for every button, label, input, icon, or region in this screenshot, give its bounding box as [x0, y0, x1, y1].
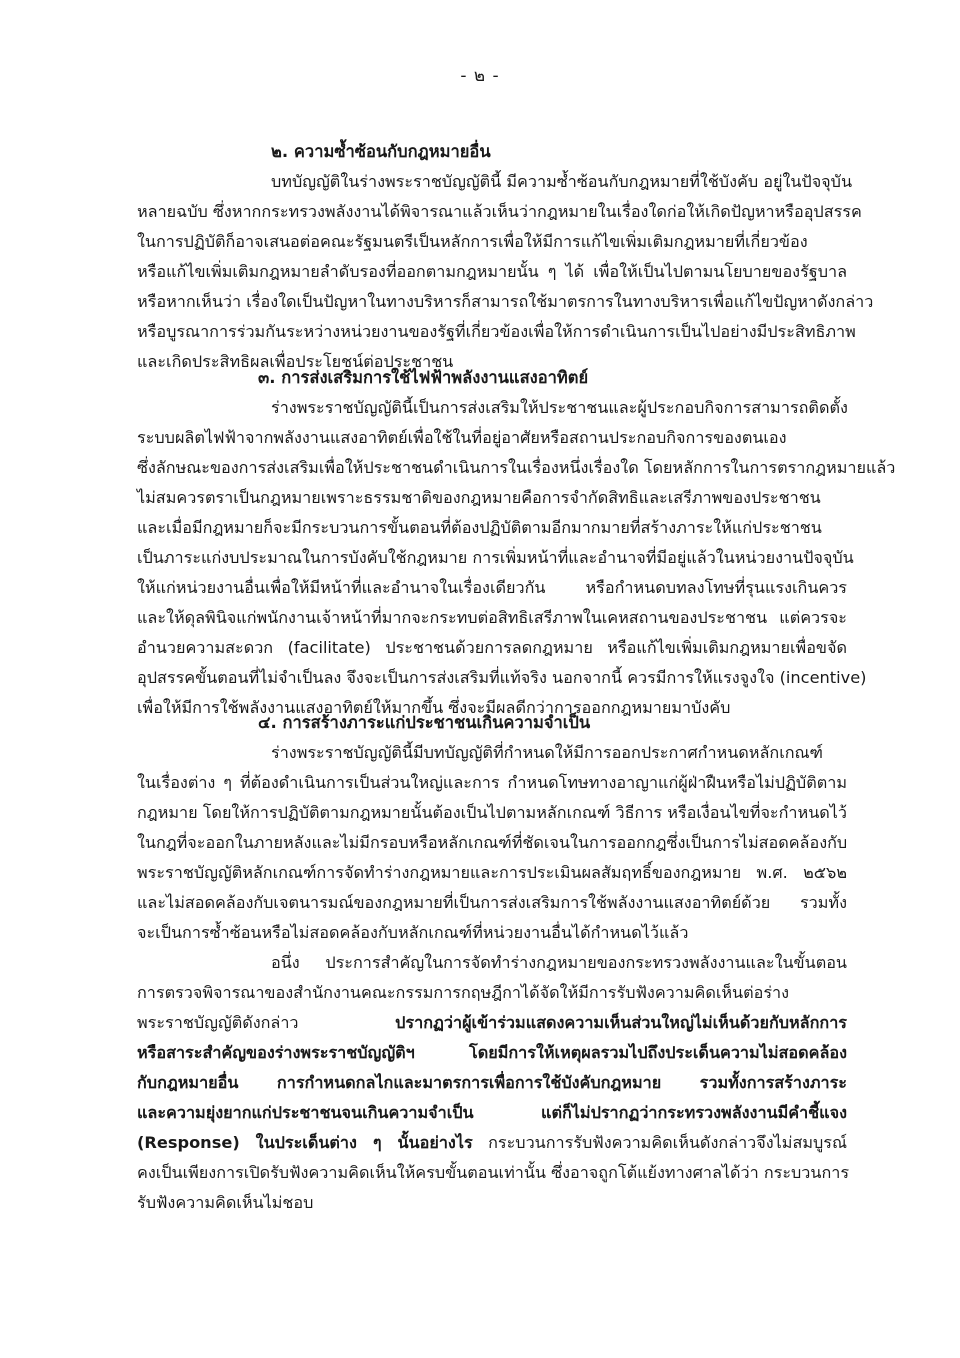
- paragraph-line-mixed: พระราชบัญญัติดังกล่าว ปรากฏว่าผู้เข้าร่ว…: [137, 1008, 847, 1038]
- bold-text: (Response) ในประเด็นต่าง ๆ นั้นอย่างไร: [137, 1133, 473, 1152]
- paragraph-line: อุปสรรคขั้นตอนที่ไม่จำเป็นลง จึงจะเป็นกา…: [137, 663, 847, 693]
- paragraph-line: หรือบูรณาการร่วมกันระหว่างหน่วยงานของรัฐ…: [137, 317, 847, 347]
- paragraph-line: และให้ดุลพินิจแก่พนักงานเจ้าหน้าที่มากจะ…: [137, 603, 847, 633]
- paragraph-line: บทบัญญัติในร่างพระราชบัญญัตินี้ มีความซ้…: [271, 167, 847, 197]
- paragraph-line: ให้แก่หน่วยงานอื่นเพื่อให้มีหน้าที่และอำ…: [137, 573, 847, 603]
- paragraph-line: คงเป็นเพียงการเปิดรับฟังความคิดเห็นให้คร…: [137, 1158, 847, 1188]
- paragraph-line: ซึ่งลักษณะของการส่งเสริมเพื่อให้ประชาชนด…: [137, 453, 847, 483]
- paragraph-line: ไม่สมควรตราเป็นกฎหมายเพราะธรรมชาติของกฎห…: [137, 483, 847, 513]
- paragraph-line-bold: และความยุ่งยากแก่ประชาชนจนเกินความจำเป็น…: [137, 1098, 847, 1128]
- paragraph-line: ร่างพระราชบัญญัตินี้เป็นการส่งเสริมให้ปร…: [271, 393, 847, 423]
- paragraph-line: ระบบผลิตไฟฟ้าจากพลังงานแสงอาทิตย์เพื่อใช…: [137, 423, 847, 453]
- paragraph-line: รับฟังความคิดเห็นไม่ชอบ: [137, 1188, 847, 1218]
- document-page: - ๒ - ๒. ความซ้ำซ้อนกับกฎหมายอื่น บทบัญญ…: [0, 0, 960, 1358]
- bold-text: ปรากฏว่าผู้เข้าร่วมแสดงความเห็นส่วนใหญ่ไ…: [395, 1013, 847, 1032]
- paragraph-line: หรือหากเห็นว่า เรื่องใดเป็นปัญหาในทางบริ…: [137, 287, 847, 317]
- section-heading-4: ๔. การสร้างภาระแก่ประชาชนเกินความจำเป็น: [258, 708, 960, 738]
- paragraph-line: ในเรื่องต่าง ๆ ที่ต้องดำเนินการเป็นส่วนใ…: [137, 768, 847, 798]
- paragraph-line: พระราชบัญญัติหลักเกณฑ์การจัดทำร่างกฎหมาย…: [137, 858, 847, 888]
- paragraph-line-bold: กับกฎหมายอื่น การกำหนดกลไกและมาตรการเพื่…: [137, 1068, 847, 1098]
- paragraph-line: ในการปฏิบัติก็อาจเสนอต่อคณะรัฐมนตรีเป็นห…: [137, 227, 847, 257]
- paragraph-line-mixed: (Response) ในประเด็นต่าง ๆ นั้นอย่างไร ก…: [137, 1128, 847, 1158]
- paragraph-line: และเมื่อมีกฎหมายก็จะมีกระบวนการขั้นตอนที…: [137, 513, 847, 543]
- paragraph-line: ร่างพระราชบัญญัตินี้มีบทบัญญัติที่กำหนดใ…: [271, 738, 847, 768]
- paragraph-line: ในกฎที่จะออกในภายหลังและไม่มีกรอบหรือหลั…: [137, 828, 847, 858]
- paragraph-line: หลายฉบับ ซึ่งหากกระทรวงพลังงานได้พิจารณา…: [137, 197, 847, 227]
- paragraph-line: จะเป็นการซ้ำซ้อนหรือไม่สอดคล้องกับหลักเก…: [137, 918, 847, 948]
- section-heading-2: ๒. ความซ้ำซ้อนกับกฎหมายอื่น: [271, 137, 960, 167]
- paragraph-line: การตรวจพิจารณาของสำนักงานคณะกรรมการกฤษฎี…: [137, 978, 847, 1008]
- paragraph-line: อนึ่ง ประการสำคัญในการจัดทำร่างกฎหมายของ…: [271, 948, 847, 978]
- paragraph-line-bold: หรือสาระสำคัญของร่างพระราชบัญญัติฯ โดยมี…: [137, 1038, 847, 1068]
- normal-text: กระบวนการรับฟังความคิดเห็นดังกล่าวจึงไม่…: [473, 1133, 847, 1152]
- page-number: - ๒ -: [0, 62, 960, 89]
- paragraph-line: และไม่สอดคล้องกับเจตนารมณ์ของกฎหมายที่เป…: [137, 888, 847, 918]
- paragraph-line: อำนวยความสะดวก (facilitate) ประชาชนด้วยก…: [137, 633, 847, 663]
- paragraph-line: หรือแก้ไขเพิ่มเติมกฎหมายลำดับรองที่ออกตา…: [137, 257, 847, 287]
- paragraph-line: เป็นภาระแก่งบประมาณในการบังคับใช้กฎหมาย …: [137, 543, 847, 573]
- normal-text: พระราชบัญญัติดังกล่าว: [137, 1013, 395, 1032]
- paragraph-line: กฎหมาย โดยให้การปฏิบัติตามกฎหมายนั้นต้อง…: [137, 798, 847, 828]
- section-heading-3: ๓. การส่งเสริมการใช้ไฟฟ้าพลังงานแสงอาทิต…: [258, 363, 960, 393]
